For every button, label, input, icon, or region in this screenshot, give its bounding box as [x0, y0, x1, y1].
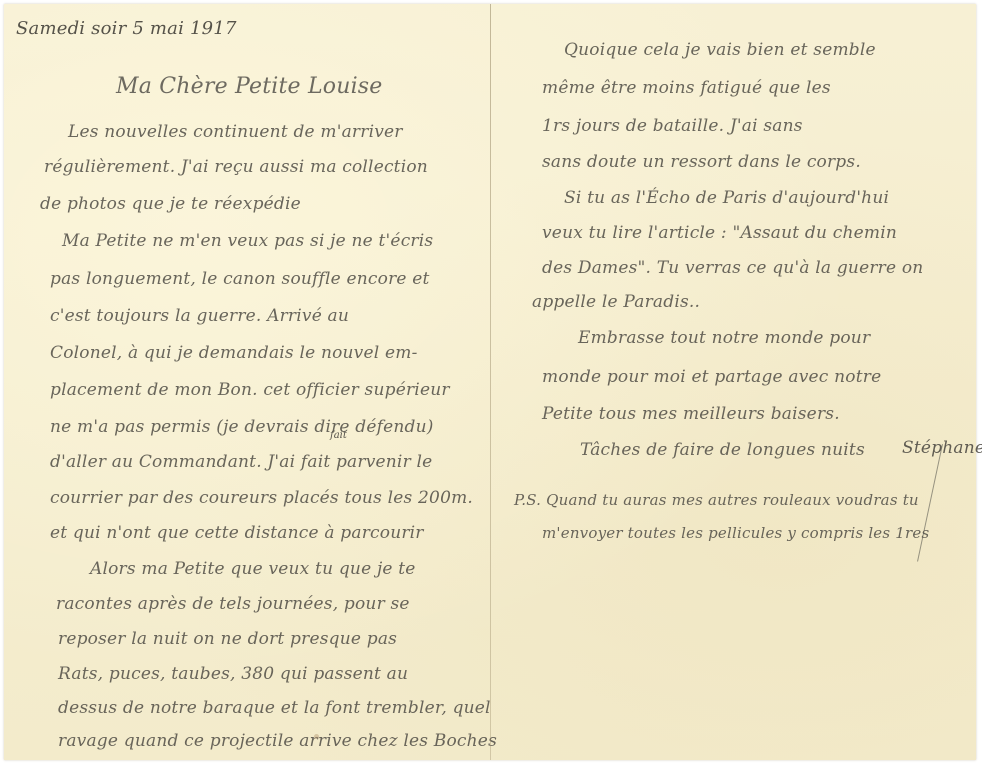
letter-line: Quoique cela je vais bien et semble — [564, 40, 876, 60]
letter-line: ravage quand ce projectile arrive chez l… — [58, 731, 497, 751]
letter-line: régulièrement. J'ai reçu aussi ma collec… — [44, 157, 428, 177]
letter-sheet: Samedi soir 5 mai 1917 Ma Chère Petite L… — [4, 4, 976, 760]
insertion-word: fait — [330, 430, 347, 441]
letter-line: des Dames". Tu verras ce qu'à la guerre … — [542, 258, 923, 278]
letter-line: d'aller au Commandant. J'ai fait parveni… — [50, 452, 432, 472]
letter-line: Alors ma Petite que veux tu que je te — [90, 559, 416, 579]
letter-line: sans doute un ressort dans le corps. — [542, 152, 861, 172]
letter-line: ne m'a pas permis (je devrais dire défen… — [50, 417, 434, 437]
salutation: Ma Chère Petite Louise — [116, 74, 383, 99]
date-line: Samedi soir 5 mai 1917 — [16, 18, 237, 39]
letter-line: Tâches de faire de longues nuits — [580, 440, 865, 460]
postscript-line: m'envoyer toutes les pellicules y compri… — [542, 524, 929, 542]
letter-line: dessus de notre baraque et la font tremb… — [58, 698, 491, 718]
letter-line: et qui n'ont que cette distance à parcou… — [50, 523, 424, 543]
postscript-line: P.S. Quand tu auras mes autres rouleaux … — [514, 491, 919, 509]
line-prefix: monde pour — [542, 367, 648, 387]
right-page: Quoique cela je vais bien et semble même… — [490, 4, 976, 760]
letter-line: Rats, puces, taubes, 380 qui passent au — [58, 664, 408, 684]
letter-line: Petite tous mes meilleurs baisers. — [542, 404, 840, 424]
letter-line: Ma Petite ne m'en veux pas si je ne t'éc… — [62, 231, 433, 251]
letter-line: appelle le Paradis.. — [532, 292, 700, 312]
signature-flourish — [917, 444, 943, 562]
letter-line: pas longuement, le canon souffle encore … — [50, 269, 430, 289]
letter-line: reposer la nuit on ne dort presque pas — [58, 629, 397, 649]
letter-line: veux tu lire l'article : "Assaut du chem… — [542, 223, 897, 243]
letter-line: Colonel, à qui je demandais le nouvel em… — [50, 343, 418, 363]
letter-line: c'est toujours la guerre. Arrivé au — [50, 306, 349, 326]
letter-line: courrier par des coureurs placés tous le… — [50, 488, 473, 508]
letter-line: placement de mon Bon. cet officier supér… — [50, 380, 450, 400]
letter-line: racontes après de tels journées, pour se — [56, 594, 410, 614]
letter-line: Les nouvelles continuent de m'arriver — [68, 122, 403, 142]
paper-stain — [314, 734, 319, 739]
letter-line: monde pour moi et partage avec notre — [542, 367, 881, 387]
left-page: Samedi soir 5 mai 1917 Ma Chère Petite L… — [4, 4, 490, 760]
letter-line: même être moins fatigué que les — [542, 78, 831, 98]
letter-line: Si tu as l'Écho de Paris d'aujourd'hui — [564, 188, 889, 208]
line-rest: moi et partage avec notre — [653, 367, 881, 387]
letter-line: de photos que je te réexpédie — [40, 194, 301, 214]
letter-line: Embrasse tout notre monde pour — [578, 328, 870, 348]
letter-line: 1rs jours de bataille. J'ai sans — [542, 116, 803, 136]
